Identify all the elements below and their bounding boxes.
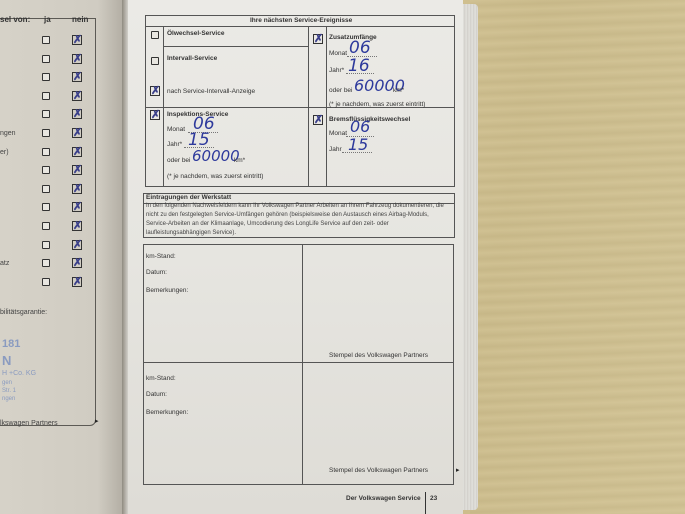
inspection-km-unit: km* bbox=[234, 157, 245, 164]
next-arrow-icon: ▸ bbox=[456, 466, 460, 474]
left-page: sel von: ja nein ✗✗✗✗✗ngen✗er)✗✗✗✗✗✗atz✗… bbox=[0, 0, 122, 514]
inspection-checkbox-checked[interactable]: ✗ bbox=[150, 110, 160, 120]
oil-service-checkbox[interactable] bbox=[151, 31, 159, 39]
left-header-label: sel von: bbox=[0, 15, 30, 24]
oil-service-label: Ölwechsel-Service bbox=[167, 30, 224, 37]
page-number: 23 bbox=[430, 495, 437, 502]
date-field-label: Datum: bbox=[146, 269, 167, 276]
partner-stamp-label: lkswagen Partners bbox=[0, 420, 58, 427]
brake-fluid-checkbox-checked[interactable]: ✗ bbox=[313, 115, 323, 125]
nein-checkbox-checked[interactable]: ✗ bbox=[72, 184, 82, 194]
interval-display-checkbox-checked[interactable]: ✗ bbox=[150, 86, 160, 96]
additional-km-unit: km* bbox=[393, 87, 404, 94]
column-ja: ja bbox=[44, 15, 51, 24]
divider bbox=[143, 362, 454, 363]
additional-year-value[interactable]: 16 bbox=[348, 56, 370, 76]
ja-checkbox[interactable] bbox=[42, 148, 50, 156]
remarks-field-label: Bemerkungen: bbox=[146, 287, 188, 294]
interval-service-label: Intervall-Service bbox=[167, 55, 217, 62]
mobility-guarantee-label: bilitätsgarantie: bbox=[0, 309, 47, 316]
ja-checkbox[interactable] bbox=[42, 129, 50, 137]
dealer-stamp-line: gen bbox=[2, 380, 12, 386]
divider bbox=[163, 46, 308, 47]
brake-fluid-month-label: Monat bbox=[329, 130, 347, 137]
dealer-stamp-line: 181 bbox=[2, 338, 20, 350]
brake-fluid-year-label: Jahr bbox=[329, 146, 342, 153]
workshop-entries-grid bbox=[143, 244, 454, 485]
brake-fluid-year-value[interactable]: 15 bbox=[348, 135, 368, 154]
footer-separator bbox=[425, 492, 426, 514]
ja-checkbox[interactable] bbox=[42, 36, 50, 44]
additional-year-label: Jahr* bbox=[329, 67, 344, 74]
workshop-title: Eintragungen der Werkstatt bbox=[146, 194, 231, 201]
additional-checkbox-checked[interactable]: ✗ bbox=[313, 34, 323, 44]
dealer-stamp-line: ngen bbox=[2, 396, 15, 402]
brake-fluid-month-value[interactable]: 06 bbox=[350, 117, 370, 136]
nein-checkbox-checked[interactable]: ✗ bbox=[72, 91, 82, 101]
interval-display-label: nach Service-Intervall-Anzeige bbox=[167, 88, 255, 95]
page-edges bbox=[463, 4, 478, 510]
remarks-field-label: Bemerkungen: bbox=[146, 409, 188, 416]
ja-checkbox[interactable] bbox=[42, 222, 50, 230]
ja-checkbox[interactable] bbox=[42, 259, 50, 267]
nein-checkbox-checked[interactable]: ✗ bbox=[72, 221, 82, 231]
nein-checkbox-checked[interactable]: ✗ bbox=[72, 165, 82, 175]
ja-checkbox[interactable] bbox=[42, 203, 50, 211]
workshop-description: In den folgenden Nachweisfeldern kann Ih… bbox=[146, 202, 446, 238]
partner-stamp-label: Stempel des Volkswagen Partners bbox=[329, 467, 428, 474]
interval-service-checkbox[interactable] bbox=[151, 57, 159, 65]
service-events-title: Ihre nächsten Service-Ereignisse bbox=[250, 17, 352, 24]
wooden-table-surface bbox=[470, 0, 685, 514]
nein-checkbox-checked[interactable]: ✗ bbox=[72, 277, 82, 287]
ja-checkbox[interactable] bbox=[42, 185, 50, 193]
inspection-km-value[interactable]: 60000 bbox=[192, 147, 240, 165]
ja-checkbox[interactable] bbox=[42, 278, 50, 286]
km-field-label: km-Stand: bbox=[146, 375, 176, 382]
divider bbox=[302, 244, 303, 485]
nein-checkbox-checked[interactable]: ✗ bbox=[72, 202, 82, 212]
column-nein: nein bbox=[72, 15, 88, 24]
left-row-label: ngen bbox=[0, 130, 16, 137]
ja-checkbox[interactable] bbox=[42, 166, 50, 174]
inspection-km-label: oder bei bbox=[167, 157, 191, 164]
next-arrow-icon: ▸ bbox=[95, 417, 99, 425]
nein-checkbox-checked[interactable]: ✗ bbox=[72, 109, 82, 119]
km-field-label: km-Stand: bbox=[146, 253, 176, 260]
nein-checkbox-checked[interactable]: ✗ bbox=[72, 258, 82, 268]
nein-checkbox-checked[interactable]: ✗ bbox=[72, 128, 82, 138]
additional-month-label: Monat bbox=[329, 50, 347, 57]
dealer-stamp-line: N bbox=[2, 353, 11, 368]
inspection-month-label: Monat bbox=[167, 126, 185, 133]
ja-checkbox[interactable] bbox=[42, 92, 50, 100]
left-row-label: er) bbox=[0, 149, 9, 156]
nein-checkbox-checked[interactable]: ✗ bbox=[72, 35, 82, 45]
ja-checkbox[interactable] bbox=[42, 55, 50, 63]
additional-km-label: oder bei bbox=[329, 87, 353, 94]
divider bbox=[145, 26, 455, 27]
date-field-label: Datum: bbox=[146, 391, 167, 398]
inspection-year-label: Jahr* bbox=[167, 141, 182, 148]
left-row-label: atz bbox=[0, 260, 9, 267]
inspection-footnote: (* je nachdem, was zuerst eintritt) bbox=[167, 173, 263, 180]
ja-checkbox[interactable] bbox=[42, 241, 50, 249]
dealer-stamp-line: H +Co. KG bbox=[2, 370, 36, 377]
ja-checkbox[interactable] bbox=[42, 73, 50, 81]
nein-checkbox-checked[interactable]: ✗ bbox=[72, 240, 82, 250]
dealer-stamp-line: Str. 1 bbox=[2, 388, 16, 394]
nein-checkbox-checked[interactable]: ✗ bbox=[72, 54, 82, 64]
additional-month-value[interactable]: 06 bbox=[349, 38, 371, 58]
footer-title: Der Volkswagen Service bbox=[346, 495, 421, 502]
ja-checkbox[interactable] bbox=[42, 110, 50, 118]
nein-checkbox-checked[interactable]: ✗ bbox=[72, 147, 82, 157]
partner-stamp-label: Stempel des Volkswagen Partners bbox=[329, 352, 428, 359]
additional-footnote: (* je nachdem, was zuerst eintritt) bbox=[329, 101, 425, 108]
nein-checkbox-checked[interactable]: ✗ bbox=[72, 72, 82, 82]
